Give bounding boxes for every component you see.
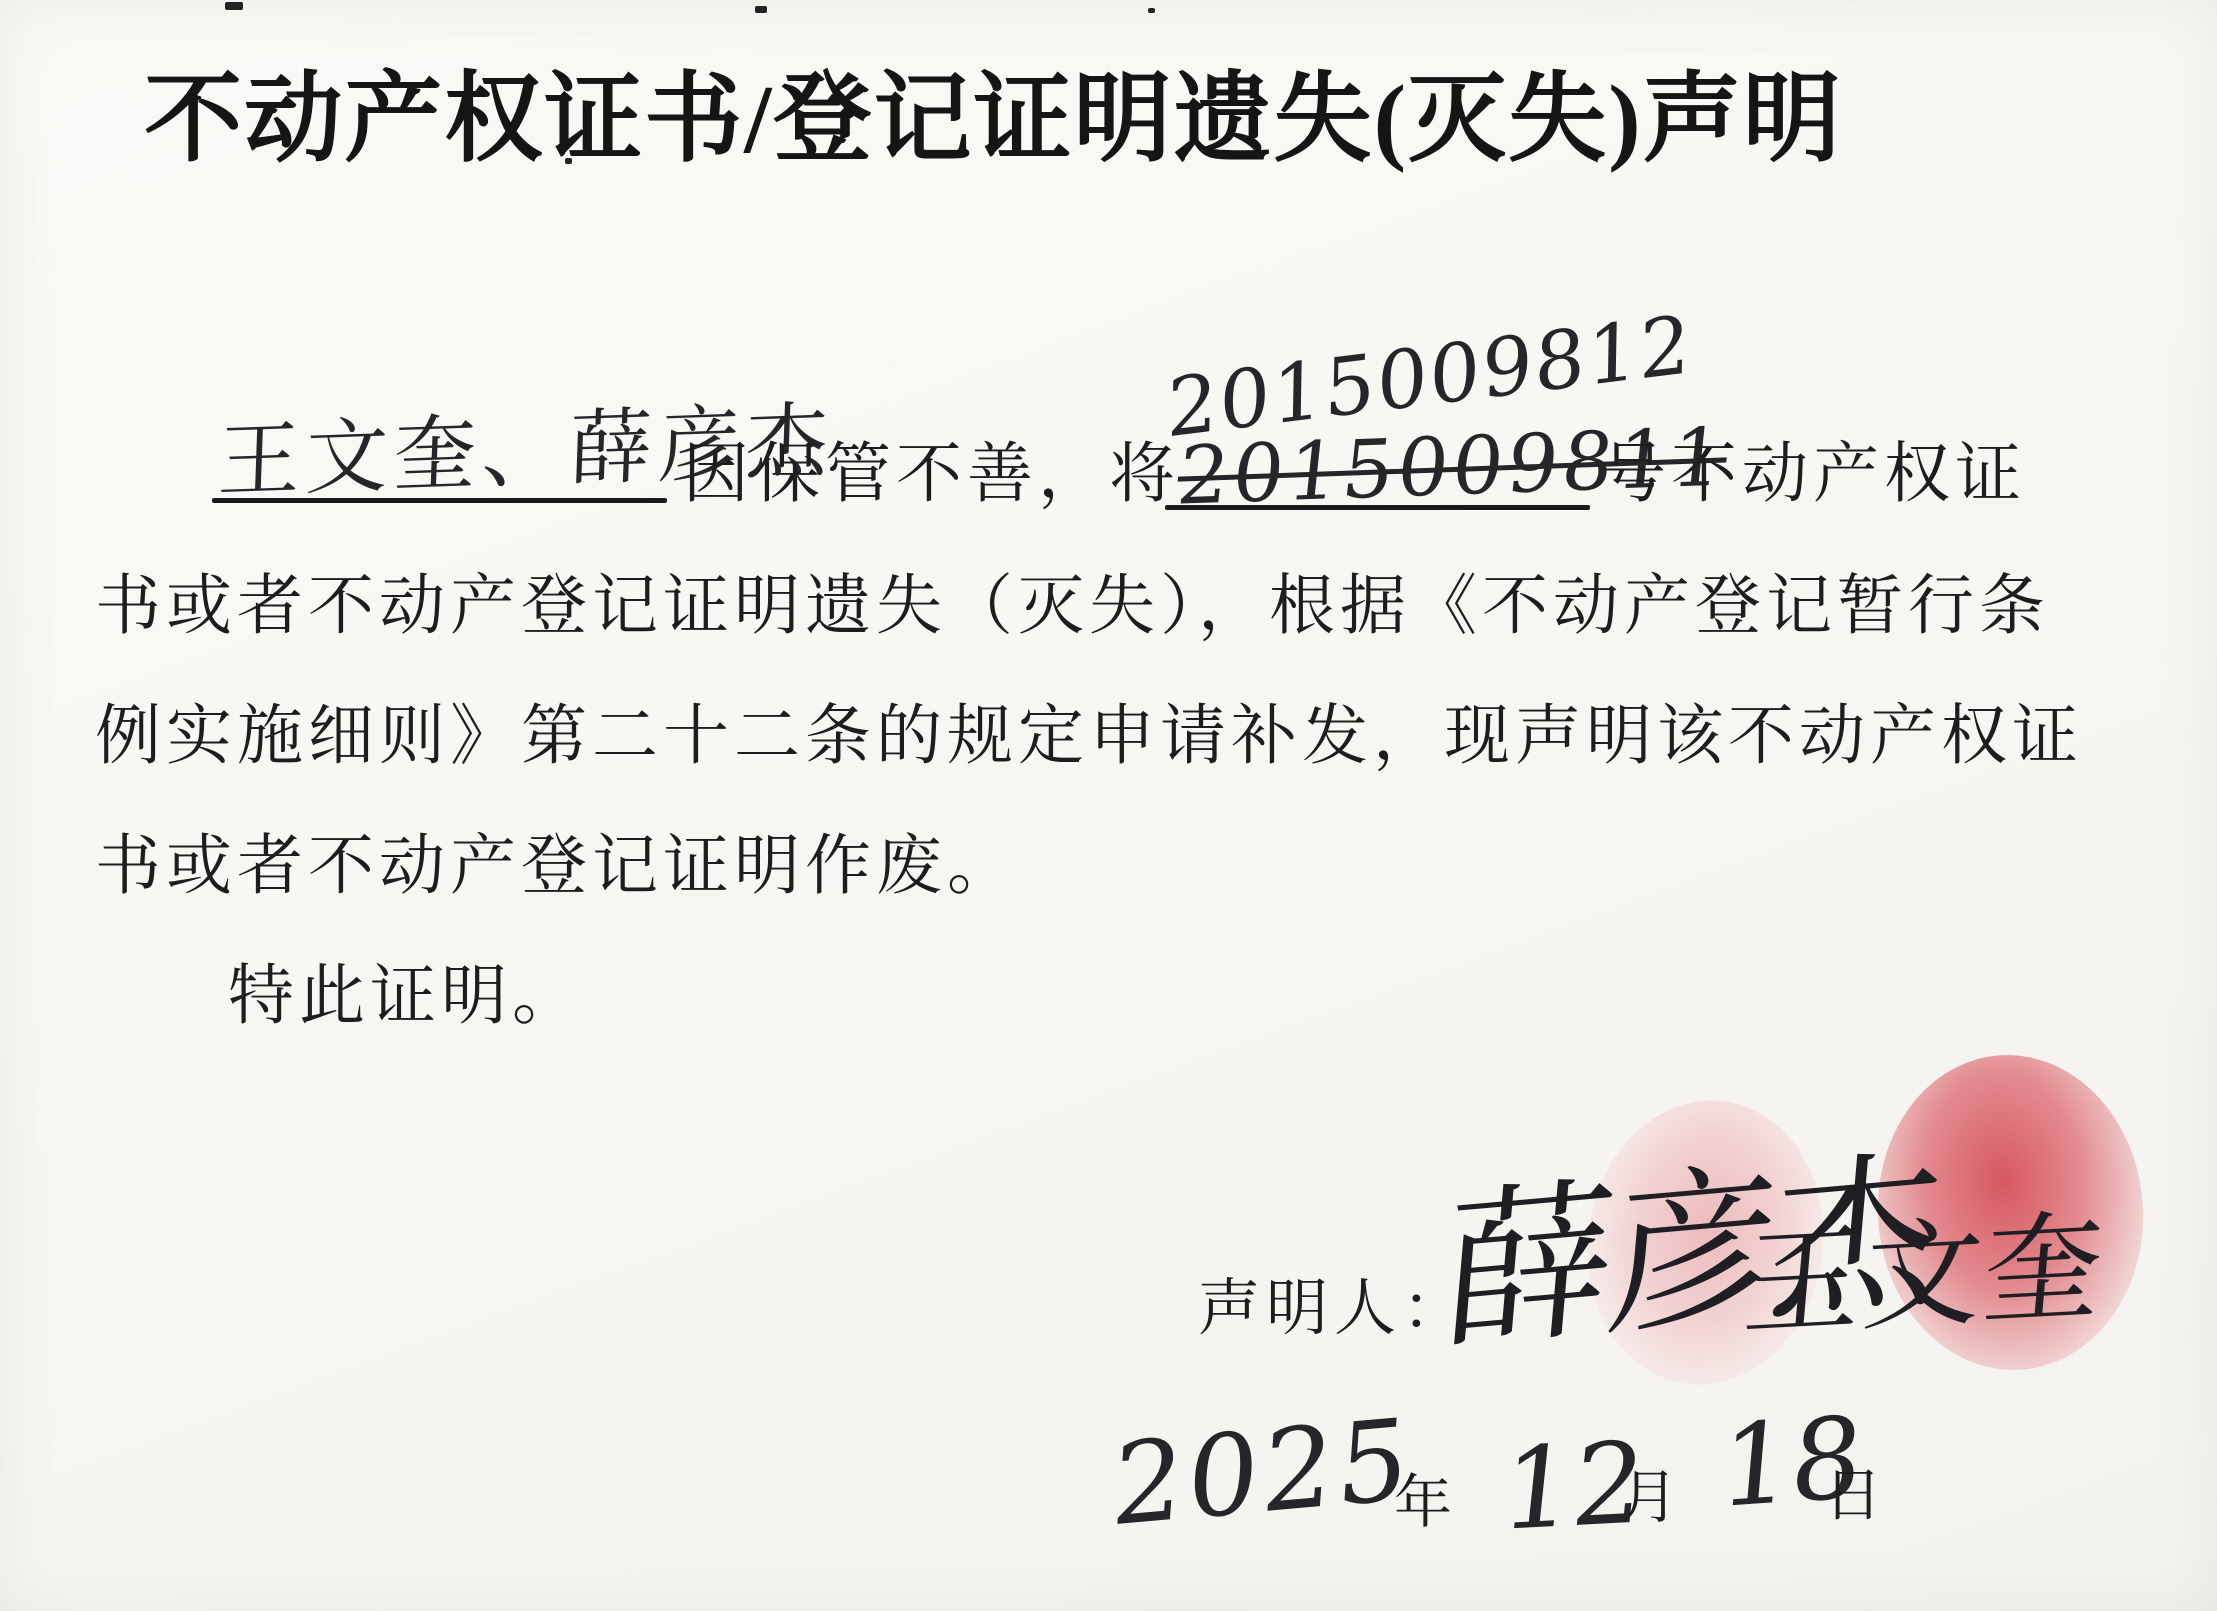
document-title: 不动产权证书/登记证明遗失(灭失)声明 [0,40,2102,181]
scan-speck [1148,8,1155,13]
body-line1-text-a: 因保管不善，将 [683,420,1180,515]
body-line4: 书或者不动产登记证明作废。 [95,812,1018,907]
body-line1-text-b: 号不动产权证 [1600,420,2026,515]
declarant-label: 声明人： [1198,1258,1470,1347]
date-year-handwritten: 2025 [1108,1394,1417,1552]
body-line3: 例实施细则》第二十二条的规定申请补发，现声明该不动产权证 [95,682,2083,777]
date-month-unit: 月 [1620,1450,1678,1534]
date-day-unit: 日 [1824,1448,1882,1532]
scan-speck [755,6,767,13]
signature-wang: 王文奎 [1738,1170,2112,1360]
declaration-document: 不动产权证书/登记证明遗失(灭失)声明 王文奎、薛彦杰 因保管不善，将 2015… [0,0,2217,1611]
date-year-unit: 年 [1394,1455,1452,1539]
closing-statement: 特此证明。 [228,942,583,1037]
body-line2: 书或者不动产登记证明遗失（灭失），根据《不动产登记暂行条 [95,552,2050,647]
scan-speck [225,2,243,10]
